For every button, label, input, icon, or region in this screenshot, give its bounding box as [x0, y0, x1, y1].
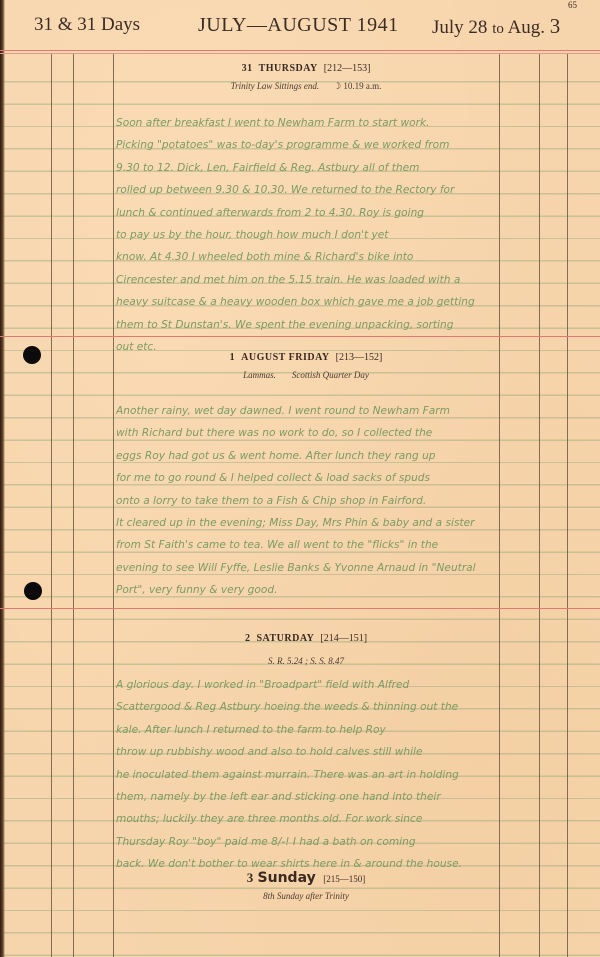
handwritten-line: for me to go round & I helped collect & … — [116, 467, 496, 489]
day-heading-friday: 1 AUGUST FRIDAY [213—152] — [113, 352, 499, 363]
handwritten-line: lunch & continued afterwards from 2 to 4… — [116, 202, 496, 224]
handwritten-line: rolled up between 9.30 & 10.30. We retur… — [116, 179, 496, 201]
page-number: 65 — [568, 0, 577, 10]
diary-page: 65 31 & 31 Days JULY—AUGUST 1941 July 28… — [0, 0, 600, 957]
margin-rule — [567, 53, 568, 957]
margin-rule — [73, 53, 74, 957]
handwritten-line: Picking "potatoes" was to-day's programm… — [116, 134, 496, 156]
day-subtitle-saturday: S. R. 5.24 ; S. S. 8.47 — [113, 656, 499, 666]
handwritten-line: It cleared up in the evening; Miss Day, … — [116, 512, 496, 534]
handwritten-line: throw up rubbishy wood and also to hold … — [116, 741, 496, 763]
date-range: July 28 to Aug. 3 — [432, 14, 560, 39]
day-heading-saturday: 2 SATURDAY [214—151] — [113, 633, 499, 644]
range-to: to — [492, 21, 504, 37]
moon-phase-icon: ☽ 10.19 a.m. — [333, 81, 381, 91]
months-title: JULY—AUGUST 1941 — [198, 14, 399, 37]
handwritten-line: them, namely by the left ear and stickin… — [116, 786, 496, 808]
handwritten-line: Thursday Roy "boy" paid me 8/-! I had a … — [116, 831, 496, 853]
day-subtitle-thursday: Trinity Law Sittings end.☽ 10.19 a.m. — [113, 81, 499, 92]
handwritten-line: he inoculated them against murrain. Ther… — [116, 764, 496, 786]
range-end: 3 — [550, 14, 561, 38]
margin-rule — [113, 53, 114, 957]
range-start: July 28 — [432, 17, 487, 38]
handwritten-line: with Richard but there was no work to do… — [116, 422, 496, 444]
handwritten-line: know. At 4.30 I wheeled both mine & Rich… — [116, 246, 496, 268]
handwritten-line: Scattergood & Reg Astbury hoeing the wee… — [116, 696, 496, 718]
handwritten-line: 9.30 to 12. Dick, Len, Fairfield & Reg. … — [116, 157, 496, 179]
handwritten-line: mouths; luckily they are three months ol… — [116, 808, 496, 830]
handwritten-line: Another rainy, wet day dawned. I went ro… — [116, 400, 496, 422]
handwritten-line: onto a lorry to take them to a Fish & Ch… — [116, 490, 496, 512]
handwritten-line: Port", very funny & very good. — [116, 579, 496, 601]
margin-rule — [499, 53, 500, 957]
handwritten-line: Soon after breakfast I went to Newham Fa… — [116, 112, 496, 134]
day-separator — [0, 608, 600, 609]
day-heading-thursday: 31 THURSDAY [212—153] — [113, 63, 499, 74]
day-subtitle-friday: Lammas.Scottish Quarter Day — [113, 370, 499, 380]
handwritten-line: kale. After lunch I returned to the farm… — [116, 719, 496, 741]
day-heading-sunday: 3 Sunday [215—150] — [113, 870, 499, 886]
margin-rule — [539, 53, 540, 957]
handwritten-line: them to St Dunstan's. We spent the eveni… — [116, 314, 496, 336]
handwritten-line: Cirencester and met him on the 5.15 trai… — [116, 269, 496, 291]
entry-text-thursday: Soon after breakfast I went to Newham Fa… — [116, 112, 496, 358]
punch-hole — [23, 346, 41, 364]
entry-text-friday: Another rainy, wet day dawned. I went ro… — [116, 400, 496, 602]
handwritten-line: heavy suitcase & a heavy wooden box whic… — [116, 291, 496, 313]
page-edge — [0, 0, 5, 957]
punch-hole — [24, 582, 42, 600]
handwritten-line: A glorious day. I worked in "Broadpart" … — [116, 674, 496, 696]
handwritten-line: to pay us by the hour, though how much I… — [116, 224, 496, 246]
range-suffix: Aug. — [508, 17, 545, 38]
handwritten-line: eggs Roy had got us & went home. After l… — [116, 445, 496, 467]
handwritten-line: from St Faith's came to tea. We all went… — [116, 534, 496, 556]
header-separator — [0, 50, 600, 51]
day-subtitle-sunday: 8th Sunday after Trinity — [113, 891, 499, 901]
handwritten-line: evening to see Will Fyffe, Leslie Banks … — [116, 557, 496, 579]
days-label: 31 & 31 Days — [34, 14, 140, 36]
entry-text-saturday: A glorious day. I worked in "Broadpart" … — [116, 674, 496, 876]
margin-rule — [51, 53, 52, 957]
